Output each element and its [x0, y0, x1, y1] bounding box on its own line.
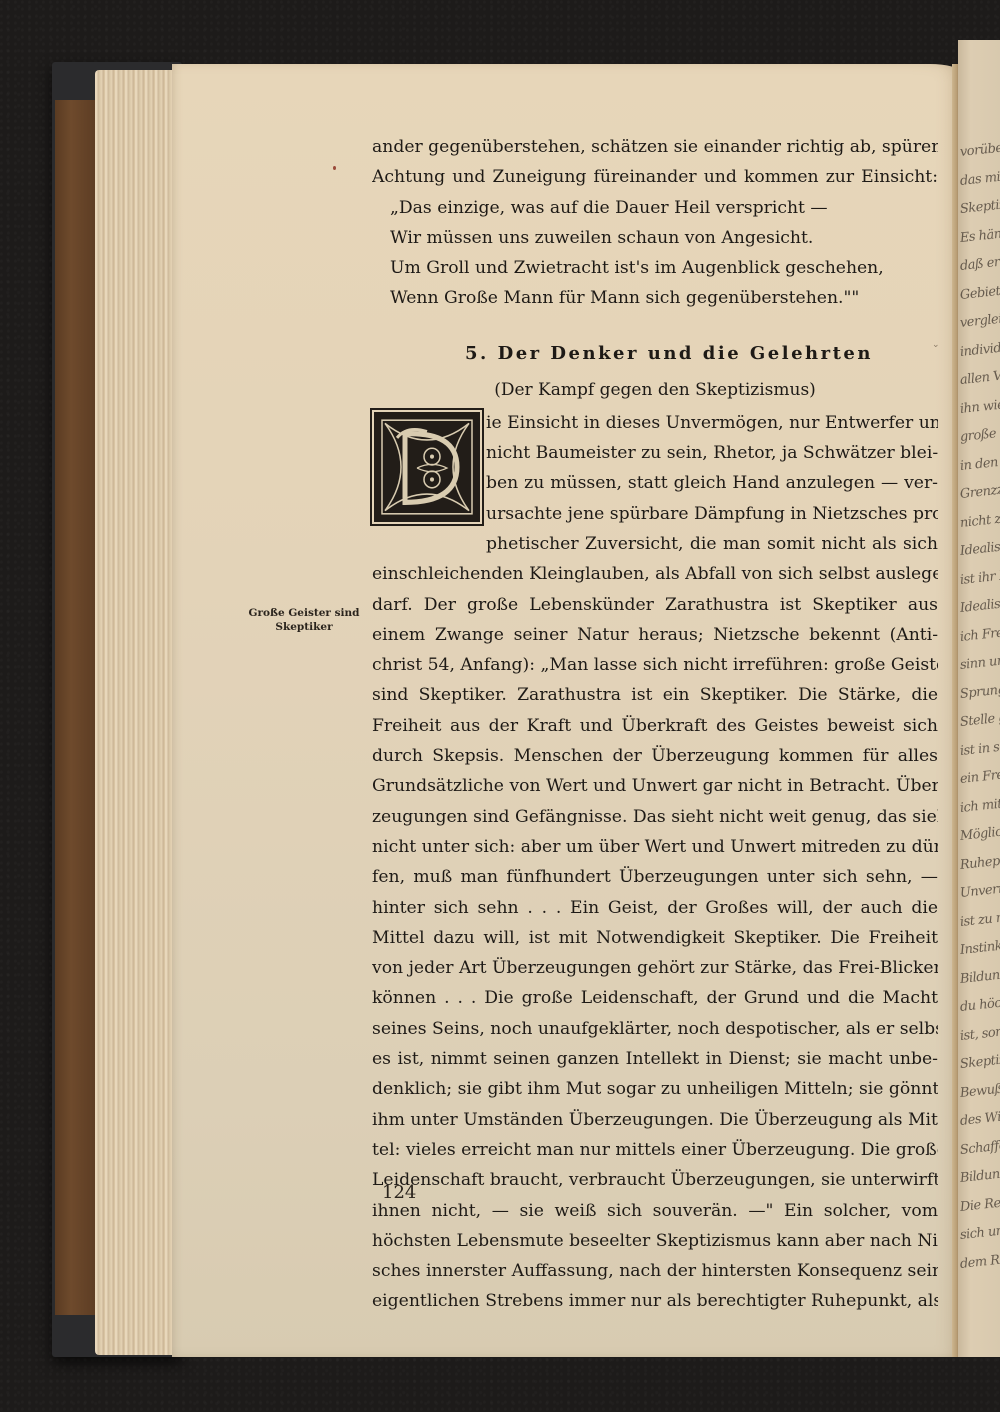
facing-page-fragment: das mit	[959, 169, 1000, 189]
verse-quote: „Das einzige, was auf die Dauer Heil ver…	[372, 193, 938, 314]
text-line: tel: vieles erreicht man nur mittels ein…	[372, 1135, 938, 1165]
facing-page-fragment: sinn und	[959, 653, 1000, 673]
text-line: zeugungen sind Gefängnisse. Das sieht ni…	[372, 802, 938, 832]
text-line: Achtung und Zuneigung füreinander und ko…	[372, 162, 938, 192]
facing-page-fragment: Bewußt	[959, 1081, 1000, 1101]
section-title: Der Denker und die Gelehrten	[498, 343, 873, 364]
facing-page-fragment: ist ihr Den	[959, 566, 1000, 588]
facing-page-fragment: Skeptizis	[959, 196, 1000, 217]
text-line: seines Seins, noch unaufgeklärter, noch …	[372, 1014, 938, 1044]
facing-page-fragment: Gebiet un	[959, 281, 1000, 302]
text-column: ander gegenüberstehen, schätzen sie eina…	[372, 132, 938, 1317]
facing-page-fragment: Skeptizismus	[959, 1049, 1000, 1072]
text-line: phetischer Zuversicht, die man somit nic…	[372, 529, 938, 559]
page-edges	[95, 70, 175, 1355]
facing-page-fragment: individuell	[959, 338, 1000, 360]
facing-page-fragment: ich Freun	[959, 623, 1000, 644]
text-line: Leidenschaft braucht, verbraucht Überzeu…	[372, 1165, 938, 1195]
text-line: Grundsätzliche von Wert und Unwert gar n…	[372, 771, 938, 801]
facing-page-fragment: du höchst	[959, 994, 1000, 1015]
text-line: fen, muß man fünfhundert Überzeugungen u…	[372, 862, 938, 892]
text-line: hinter sich sehn . . . Ein Geist, der Gr…	[372, 893, 938, 923]
facing-page-fragment: sich unmi	[959, 1222, 1000, 1243]
facing-page-fragment: dem Reich	[959, 1250, 1000, 1272]
paper-speck	[333, 166, 336, 170]
facing-page-fragment: Möglich	[959, 824, 1000, 844]
verse-line: Wir müssen uns zuweilen schaun von Anges…	[372, 223, 938, 253]
body-text: einschleichenden Kleinglauben, als Abfal…	[372, 559, 938, 1316]
section-heading: 5. Der Denker und die Gelehrten	[372, 336, 938, 372]
text-line: sches innerster Auffassung, nach der hin…	[372, 1256, 938, 1286]
text-line: nicht unter sich: aber um über Wert und …	[372, 832, 938, 862]
facing-page-fragment: daß er d	[959, 254, 1000, 274]
margin-note: Große Geister sind Skeptiker	[238, 606, 370, 634]
leather-spine-strip	[55, 100, 95, 1315]
facing-page-fragment: Unvermögen	[959, 878, 1000, 901]
text-line: christ 54, Anfang): „Man lasse sich nich…	[372, 650, 938, 680]
text-line: einem Zwange seiner Natur heraus; Nietzs…	[372, 620, 938, 650]
facing-page-fragment: Bildung	[959, 1166, 1000, 1186]
facing-page-fragment: Idealismus	[959, 537, 1000, 559]
facing-page-fragment: Schaffe	[959, 1138, 1000, 1158]
text-line: höchsten Lebensmute beseelter Skeptizism…	[372, 1226, 938, 1256]
facing-page-fragment: des Will	[959, 1109, 1000, 1129]
facing-page-fragment: Ruhepunkt	[959, 850, 1000, 872]
text-line: sind Skeptiker. Zarathustra ist ein Skep…	[372, 680, 938, 710]
facing-page-fragment: Die Reg	[959, 1194, 1000, 1214]
facing-page-fragment: in den Den	[959, 452, 1000, 474]
facing-page-fragment: Bildung Der	[959, 964, 1000, 987]
text-line: eigentlichen Strebens immer nur als bere…	[372, 1286, 938, 1316]
facing-page-fragment: Idealismus	[959, 594, 1000, 616]
facing-page-fragment: ihn wieder	[959, 395, 1000, 417]
text-line: können . . . Die große Leidenschaft, der…	[372, 983, 938, 1013]
facing-page-fragment: allen Verfe	[959, 366, 1000, 388]
text-line: ander gegenüberstehen, schätzen sie eina…	[372, 132, 938, 162]
facing-page-fragment: ich mit	[959, 796, 1000, 815]
facing-page-fragment: Es hängt	[959, 225, 1000, 246]
facing-page-fragment: vorüberg	[959, 139, 1000, 160]
facing-page-fragment: Grenzzier	[959, 481, 1000, 502]
facing-page: vorübergdas mitSkeptizisEs hängtdaß er d…	[958, 40, 1000, 1357]
facing-page-fragment: Stelle gele	[959, 708, 1000, 730]
text-line: es ist, nimmt seinen ganzen Intellekt in…	[372, 1044, 938, 1074]
text-line: Freiheit aus der Kraft und Überkraft des…	[372, 711, 938, 741]
page-number: 124	[382, 1182, 416, 1203]
text-line: darf. Der große Lebenskünder Zarathustra…	[372, 590, 938, 620]
verse-line: Um Groll und Zwietracht ist's im Augenbl…	[372, 253, 938, 283]
text-line: durch Skepsis. Menschen der Überzeugung …	[372, 741, 938, 771]
ornamental-dropcap-icon	[374, 412, 480, 522]
facing-page-fragment: ist in sein	[959, 737, 1000, 758]
verse-line: „Das einzige, was auf die Dauer Heil ver…	[372, 193, 938, 223]
text-line: einschleichenden Kleinglauben, als Abfal…	[372, 559, 938, 589]
facing-page-fragment: ist, sonder	[959, 1022, 1000, 1044]
section-number: 5.	[465, 343, 489, 364]
facing-page-fragment: Instinkte	[959, 937, 1000, 958]
section-subtitle: (Der Kampf gegen den Skeptizismus)	[372, 372, 938, 408]
text-line: ihnen nicht, — sie weiß sich souverän. —…	[372, 1196, 938, 1226]
dropcap-paragraph: ie Einsicht in dieses Unvermögen, nur En…	[372, 408, 938, 559]
text-line: Mittel dazu will, ist mit Notwendigkeit …	[372, 923, 938, 953]
facing-page-fragment: ist zu mach	[959, 907, 1000, 929]
facing-page-fragment: nicht zu ha	[959, 508, 1000, 530]
facing-page-fragment: ein Freun	[959, 766, 1000, 787]
text-line: von jeder Art Überzeugungen gehört zur S…	[372, 953, 938, 983]
verse-line: Wenn Große Mann für Mann sich gegenübers…	[372, 283, 938, 313]
facing-page-fragment: Sprung	[959, 682, 1000, 702]
facing-page-fragment: große Glor	[959, 423, 1000, 445]
text-line: ihm unter Umständen Überzeugungen. Die Ü…	[372, 1105, 938, 1135]
text-line: denklich; sie gibt ihm Mut sogar zu unhe…	[372, 1074, 938, 1104]
facing-page-fragment: vergleichli	[959, 309, 1000, 331]
